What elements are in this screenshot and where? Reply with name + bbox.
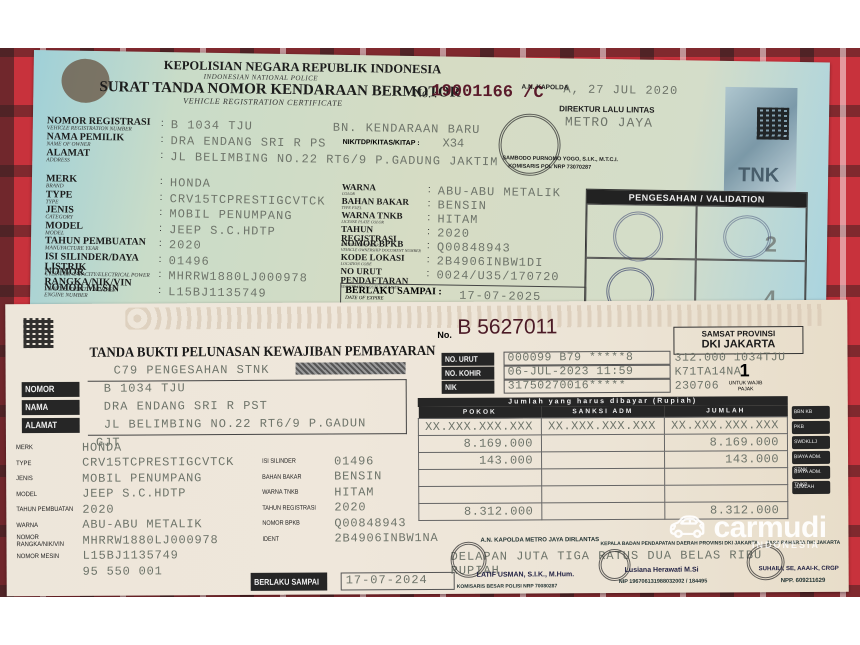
car-logo-icon: 🚗︎ [668, 511, 706, 544]
receipt-vehicle-details-left: MERKHONDATYPECRV15TCPRESTIGCVTCKJENISMOB… [16, 439, 263, 580]
receipt-expiry: BERLAKU SAMPAI 17-07-2024 [251, 572, 455, 591]
qr-code-icon [757, 107, 789, 139]
receipt-title: TANDA BUKTI PELUNASAN KEWAJIBAN PEMBAYAR… [89, 344, 435, 362]
signer-region: METRO JAYA [565, 114, 653, 130]
payment-row: 8.169.0008.169.000 [418, 434, 787, 453]
receipt-field: BAHAN BAKARBENSIN [262, 468, 438, 484]
official-1-name: LATIF USMAN, S.I.K., M.Hum. [477, 571, 575, 579]
signer-dept: DIREKTUR LALU LINTAS [559, 104, 655, 114]
receipt-field: MERKHONDA [16, 439, 262, 456]
field-vehicle: NOMOR MESINENGINE NUMBER:L15BJ1135749 [44, 283, 267, 302]
field-address: ALAMATADDRESS: JL BELIMBING NO.22 RT6/9 … [46, 148, 498, 171]
payment-code-label: BIAYA ADM. STNK [792, 451, 830, 464]
payment-table: Jumlah yang harus dibayar (Rupiah) POKOK… [418, 396, 789, 521]
validation-cell [586, 204, 697, 260]
nik-label: NIK/TDP/KITAS/KITAP : [343, 139, 420, 147]
receipt-field: NOMOR RANGKA/NIK/VINMHRRW1880LJ000978 [16, 532, 262, 549]
redacted-block [296, 362, 406, 375]
vehicle-registration-certificate: KEPOLISIAN NEGARA REPUBLIK INDONESIA IND… [30, 50, 830, 318]
receipt-field: NOMOR MESINL15BJ1135749 [17, 547, 263, 564]
payment-row: XX.XXX.XXX.XXXXX.XXX.XXX.XXXXX.XXX.XXX.X… [418, 417, 787, 436]
official-3-name: SUHAILI, SE, AAAI-K, CRGP [759, 566, 839, 572]
official-1-id: KOMISARIS BESAR POLISI NRP 70080287 [457, 583, 558, 590]
regional-stamp-icon [599, 549, 631, 581]
signer-role: A.N. KAPOLDA [521, 84, 568, 92]
qr-code-icon [23, 318, 53, 348]
receipt-serial: B 5627011 [457, 315, 557, 340]
payment-row: 143.000143.000 [419, 451, 788, 470]
receipt-subtitle: C79 PENGESAHAN STNK [114, 363, 270, 378]
official-1-role: A.N. KAPOLDA METRO JAYA DIRLANTAS [480, 537, 599, 544]
official-2-id: NIP 196706131988032002 / 184495 [619, 579, 708, 585]
receipt-serial-label: No. [437, 330, 452, 340]
receipt-field: TYPECRV15TCPRESTIGCVTCK [16, 454, 262, 471]
receipt-field: TAHUN PEMBUATAN2020 [16, 501, 262, 518]
payment-code-label: SWDKLLJ [792, 436, 830, 449]
receipt-field: WARNA TNKBHITAM [262, 484, 438, 500]
payment-row [419, 468, 788, 487]
document-title-en: VEHICLE REGISTRATION CERTIFICATE [183, 96, 343, 108]
receipt-field: 95 550 001 [17, 563, 263, 580]
payment-code-label: JUMLAH [792, 481, 830, 494]
tax-payment-receipt: TANDA BUKTI PELUNASAN KEWAJIBAN PEMBAYAR… [5, 300, 849, 596]
carmudi-watermark: 🚗︎ carmudiINDONESIA [668, 510, 827, 545]
receipt-field: IDENT2B4906INBW1NA [262, 530, 438, 546]
nik-value: X34 [442, 136, 464, 150]
receipt-field: ISI SILINDER01496 [262, 453, 438, 469]
new-vehicle-note: BN. KENDARAAN BARU [333, 121, 481, 137]
payment-row-codes: BBN KBPKBSWDKLLJBIAYA ADM. STNKBIAYA ADM… [792, 406, 830, 496]
receipt-vehicle-details-right: ISI SILINDER01496BAHAN BAKARBENSINWARNA … [262, 453, 439, 547]
payment-row [419, 485, 788, 504]
validation-cell: 2 [696, 205, 807, 261]
receipt-field: MODELJEEP S.C.HDTP [16, 485, 262, 502]
payment-code-label: BBN KB [792, 406, 830, 419]
signer-rank: KOMISARIS POL NRP 73070287 [508, 163, 591, 170]
official-3-id: NPP. 609211629 [781, 578, 826, 584]
payment-code-label: PKB [792, 421, 830, 434]
receipt-field: WARNAABU-ABU METALIK [16, 516, 262, 533]
receipt-field: NOMOR BPKBQ00848943 [262, 515, 438, 531]
issue-date: A, 27 JUL 2020 [563, 82, 678, 98]
official-2-name: Lusiana Herawati M.Si [625, 567, 699, 574]
payment-code-label: BIAYA ADM. TNKB [792, 466, 830, 479]
receipt-field: JENISMOBIL PENUMPANG [16, 470, 262, 487]
validation-table: PENGESAHAN / VALIDATION 2 4 [584, 189, 808, 316]
receipt-field: TAHUN REGISTRASI2020 [262, 499, 438, 515]
queue-info: NO. URUT000099 B79 *****8312.000 1034TJU… [441, 350, 785, 394]
